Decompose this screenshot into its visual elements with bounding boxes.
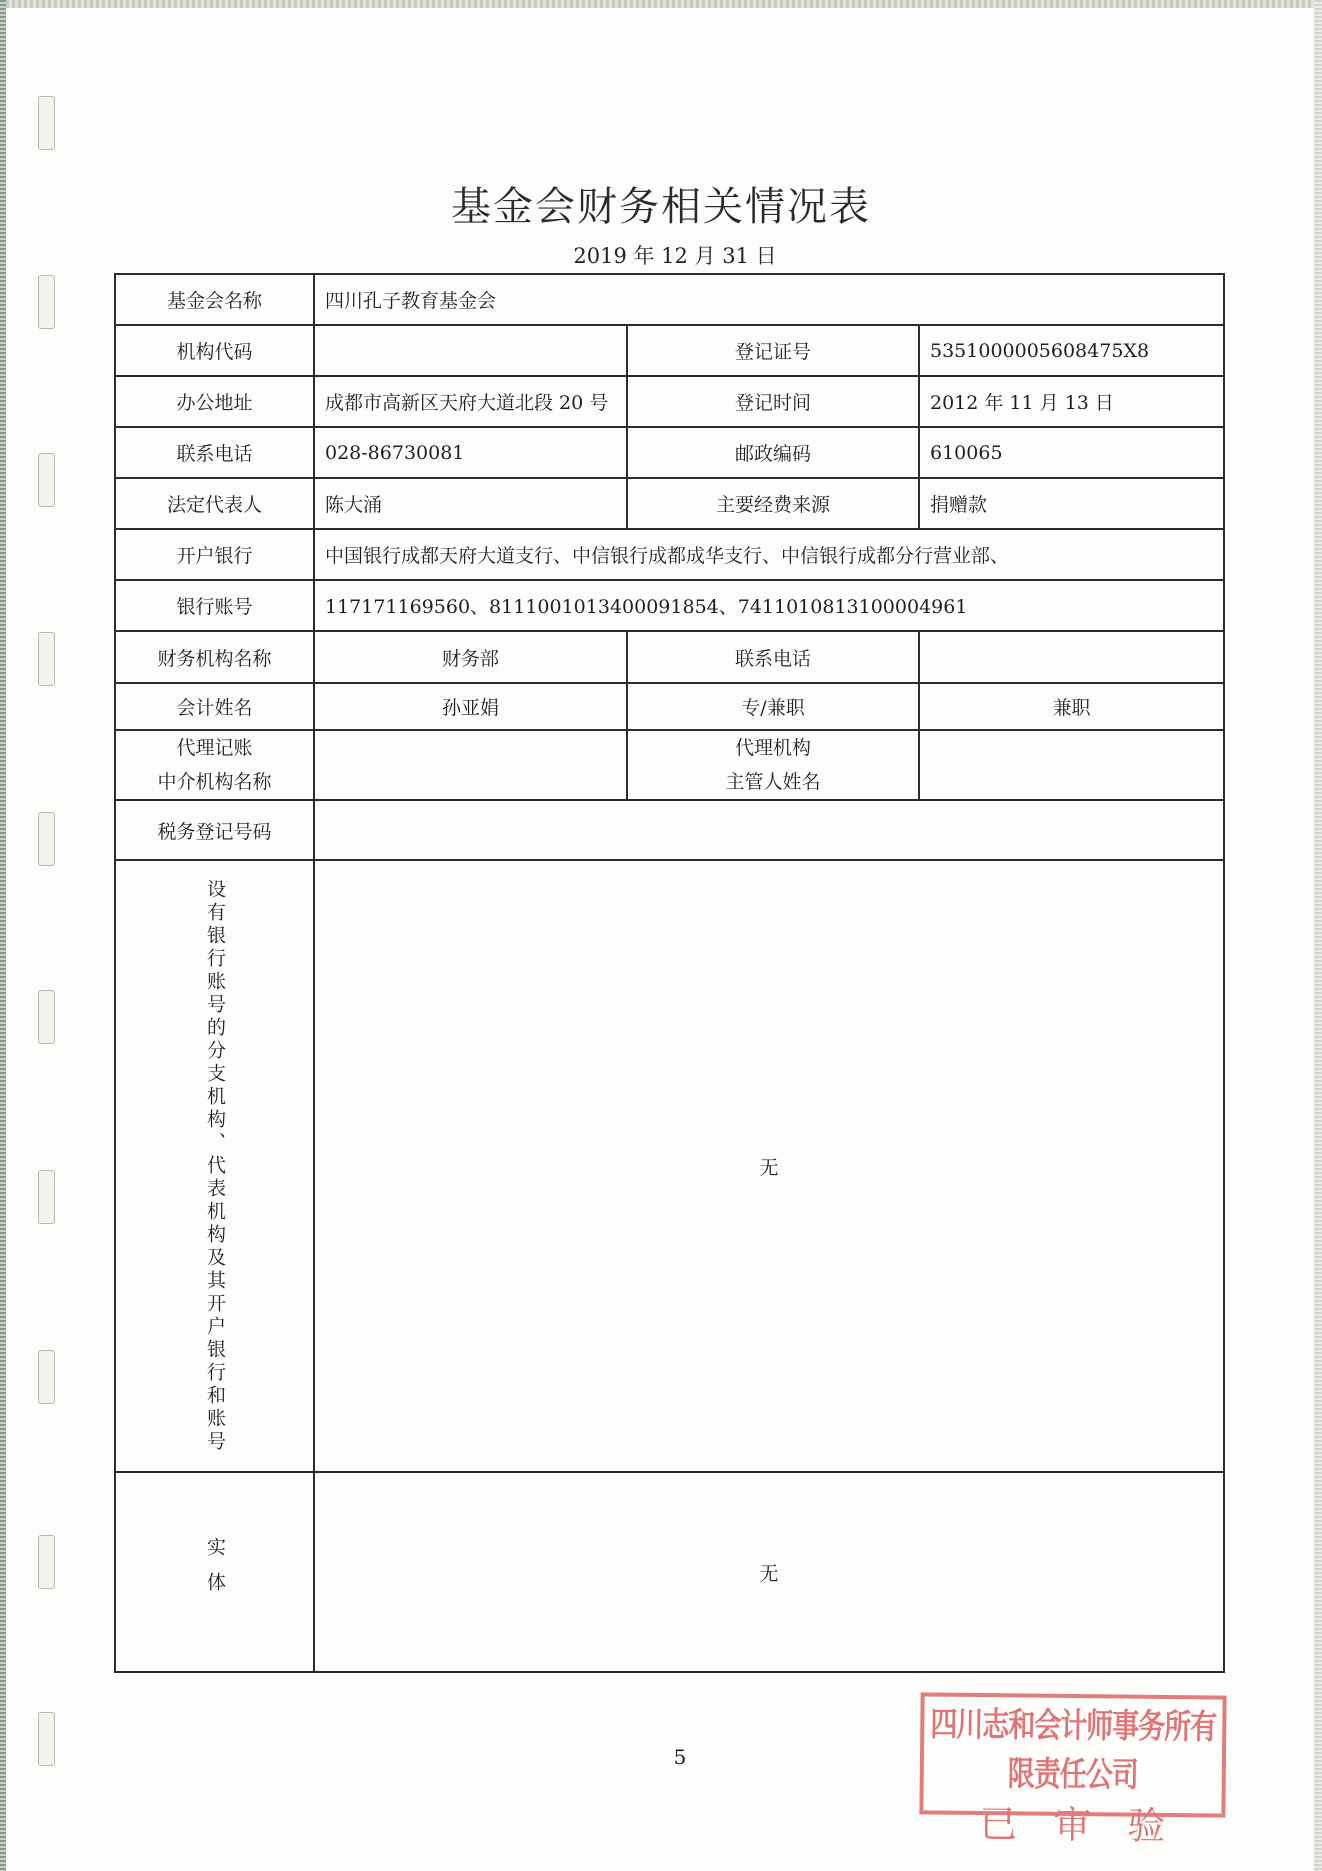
binder-hole (38, 453, 55, 507)
value-employment-type: 兼职 (919, 683, 1224, 730)
label-bank: 开户银行 (115, 529, 314, 580)
value-funding-source: 捐赠款 (919, 478, 1224, 529)
value-branches: 无 (314, 860, 1224, 1472)
label-agency-line1: 代理机构 (638, 731, 908, 765)
value-bank-account: 117171169560、8111001013400091854、7411010… (314, 580, 1224, 631)
row-foundation-name: 基金会名称 四川孔子教育基金会 (115, 274, 1224, 325)
report-date: 2019 年 12 月 31 日 (0, 240, 1322, 270)
row-org-code: 机构代码 登记证号 5351000005608475X8 (115, 325, 1224, 376)
binder-hole (38, 275, 55, 329)
financial-info-table: 基金会名称 四川孔子教育基金会 机构代码 登记证号 53510000056084… (114, 273, 1225, 1673)
value-agency (919, 730, 1224, 800)
label-entities-cell: 实体 (115, 1472, 314, 1672)
document-title: 基金会财务相关情况表 (0, 175, 1322, 232)
label-office-address: 办公地址 (115, 376, 314, 427)
value-registration-no: 5351000005608475X8 (919, 325, 1224, 376)
scan-edge-right (1314, 0, 1322, 1871)
label-registration-no: 登记证号 (627, 325, 919, 376)
binder-hole (38, 1170, 55, 1224)
value-legal-rep: 陈大涌 (314, 478, 627, 529)
binder-hole (38, 990, 55, 1044)
value-bank: 中国银行成都天府大道支行、中信银行成都成华支行、中信银行成都分行营业部、 (314, 529, 1224, 580)
row-branches: 设有银行账号的分支机构、代表机构及其开户银行和账号 无 (115, 860, 1224, 1472)
row-agency: 代理记账 中介机构名称 代理机构 主管人姓名 (115, 730, 1224, 800)
label-accountant: 会计姓名 (115, 683, 314, 730)
value-agency-bookkeeping (314, 730, 627, 800)
value-foundation-name: 四川孔子教育基金会 (314, 274, 1224, 325)
stamp-status: 已审验 (923, 1792, 1222, 1850)
label-employment-type: 专/兼职 (627, 683, 919, 730)
value-postal-code: 610065 (919, 427, 1224, 478)
value-finance-dept: 财务部 (314, 631, 627, 683)
label-finance-dept: 财务机构名称 (115, 631, 314, 683)
row-phone: 联系电话 028-86730081 邮政编码 610065 (115, 427, 1224, 478)
label-org-code: 机构代码 (115, 325, 314, 376)
label-branches: 设有银行账号的分支机构、代表机构及其开户银行和账号 (205, 879, 224, 1454)
value-accountant: 孙亚娟 (314, 683, 627, 730)
value-office-address: 成都市高新区天府大道北段 20 号 (314, 376, 627, 427)
row-legal-rep: 法定代表人 陈大涌 主要经费来源 捐赠款 (115, 478, 1224, 529)
label-entities: 实体 (205, 1537, 224, 1607)
scan-edge-top (0, 0, 1322, 8)
label-tax-registration: 税务登记号码 (115, 800, 314, 860)
row-tax-registration: 税务登记号码 (115, 800, 1224, 860)
stamp-firm-name: 四川志和会计师事务所有限责任公司 (924, 1697, 1223, 1798)
row-accountant: 会计姓名 孙亚娟 专/兼职 兼职 (115, 683, 1224, 730)
value-tax-registration (314, 800, 1224, 860)
label-branches-cell: 设有银行账号的分支机构、代表机构及其开户银行和账号 (115, 860, 314, 1472)
binder-hole (38, 632, 55, 686)
label-bank-account: 银行账号 (115, 580, 314, 631)
value-entities: 无 (314, 1472, 1224, 1672)
label-funding-source: 主要经费来源 (627, 478, 919, 529)
row-office-address: 办公地址 成都市高新区天府大道北段 20 号 登记时间 2012 年 11 月 … (115, 376, 1224, 427)
row-finance-dept: 财务机构名称 财务部 联系电话 (115, 631, 1224, 683)
label-registration-date: 登记时间 (627, 376, 919, 427)
label-agency-bookkeeping-line2: 中介机构名称 (126, 765, 303, 799)
label-agency-line2: 主管人姓名 (638, 765, 908, 799)
label-phone: 联系电话 (115, 427, 314, 478)
binder-hole (38, 1350, 55, 1404)
binder-hole (38, 96, 55, 150)
value-org-code (314, 325, 627, 376)
binder-hole (38, 812, 55, 866)
label-postal-code: 邮政编码 (627, 427, 919, 478)
value-registration-date: 2012 年 11 月 13 日 (919, 376, 1224, 427)
label-finance-phone: 联系电话 (627, 631, 919, 683)
value-phone: 028-86730081 (314, 427, 627, 478)
binder-hole (38, 1535, 55, 1589)
label-agency: 代理机构 主管人姓名 (627, 730, 919, 800)
label-agency-bookkeeping-line1: 代理记账 (126, 731, 303, 765)
row-bank-account: 银行账号 117171169560、8111001013400091854、74… (115, 580, 1224, 631)
label-foundation-name: 基金会名称 (115, 274, 314, 325)
label-legal-rep: 法定代表人 (115, 478, 314, 529)
label-agency-bookkeeping: 代理记账 中介机构名称 (115, 730, 314, 800)
row-bank: 开户银行 中国银行成都天府大道支行、中信银行成都成华支行、中信银行成都分行营业部… (115, 529, 1224, 580)
value-finance-phone (919, 631, 1224, 683)
row-entities: 实体 无 (115, 1472, 1224, 1672)
audit-stamp: 四川志和会计师事务所有限责任公司 已审验 (919, 1692, 1226, 1817)
scan-edge-left (0, 0, 6, 1871)
